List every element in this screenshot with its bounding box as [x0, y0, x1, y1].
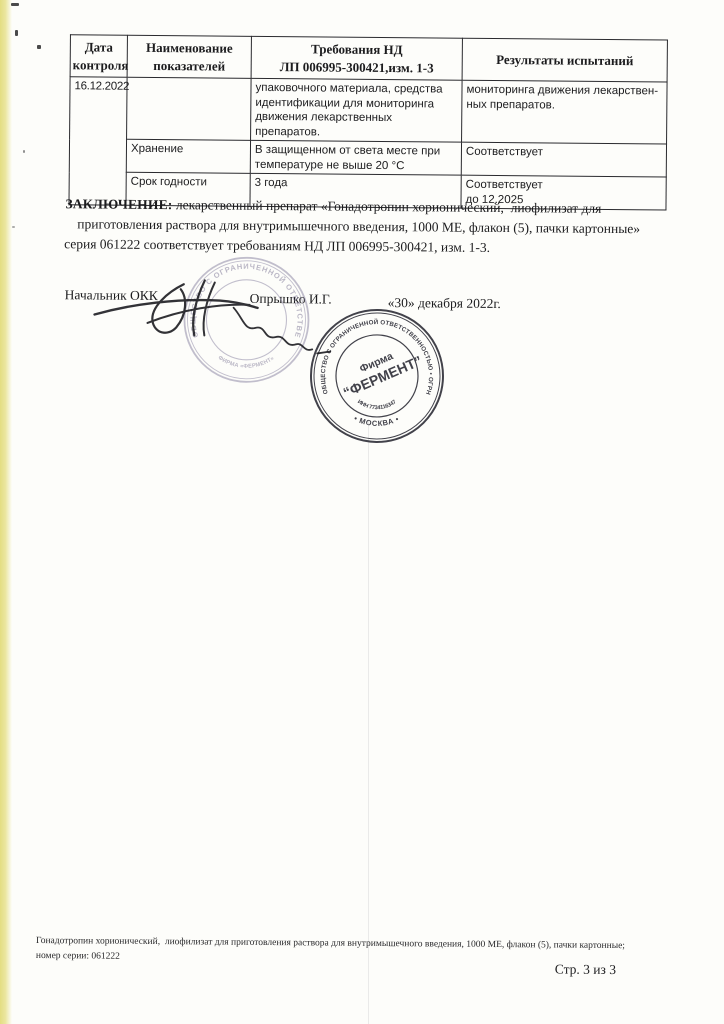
result-cell: Соответствует: [461, 142, 666, 177]
stamp-inn-text: ИНН 7734116347: [356, 399, 397, 411]
cell-line: движения лекарственных препаратов.: [255, 110, 457, 141]
cell-line: Соответствует: [466, 178, 662, 194]
result-cell: мониторинга движения лекарствен- ных пре…: [462, 80, 668, 144]
signer-name: Опрышко И.Г.: [250, 291, 332, 308]
footer-product-line: Гонадотропин хорионический, лиофилизат д…: [36, 936, 625, 951]
header-cell-control-date: Дата контроля: [70, 35, 127, 78]
cell-line: Соответствует: [466, 145, 662, 161]
header-cell-indicator-name: Наименование показателей: [127, 35, 251, 78]
cell-line: Срок годности: [131, 175, 246, 191]
table-row: 16.12.2022 упаковочного материала, средс…: [70, 77, 668, 144]
header-line: показателей: [130, 56, 249, 75]
stamp-center-line2: “ФЕРМЕНТ”: [341, 352, 425, 400]
document-content: Дата контроля Наименование показателей Т…: [0, 0, 724, 1024]
signature-date: «30» декабря 2022г.: [388, 295, 501, 312]
conclusion-line-2: приготовления раствора для внутримышечно…: [77, 217, 640, 235]
indicator-cell: Хранение: [126, 139, 250, 173]
cell-line: Хранение: [131, 142, 246, 158]
cell-line: [132, 80, 247, 81]
svg-text:ИНН 7734116347: ИНН 7734116347: [356, 399, 397, 411]
header-line: Дата: [73, 38, 125, 56]
table-header-row: Дата контроля Наименование показателей Т…: [70, 35, 667, 82]
control-date-cell: 16.12.2022: [69, 77, 127, 205]
cell-line: мониторинга движения лекарствен-: [466, 83, 662, 99]
cell-line: 3 года: [255, 176, 457, 192]
control-date-value: 16.12.2022: [74, 79, 122, 94]
page-number: Стр. 3 из 3: [555, 962, 616, 979]
svg-text:• МОСКВА •: • МОСКВА •: [352, 414, 400, 428]
signer-role: Начальник ОКК: [65, 287, 158, 304]
requirement-cell: упаковочного материала, средства идентиф…: [251, 78, 463, 142]
table-row: Хранение В защищенном от света месте при…: [69, 139, 666, 177]
qc-results-table: Дата контроля Наименование показателей Т…: [68, 34, 667, 210]
header-cell-test-results: Результаты испытаний: [462, 38, 667, 82]
stamp-city-text: • МОСКВА •: [352, 414, 400, 428]
header-cell-nd-requirements: Требования НД ЛП 006995-300421,изм. 1-3: [251, 36, 462, 80]
header-line: контроля: [73, 56, 125, 74]
conclusion-text: лекарственный препарат «Гонадотропин хор…: [172, 197, 601, 216]
indicator-cell: [127, 77, 252, 140]
cell-line: В защищенном от света месте при: [255, 143, 457, 159]
header-line: Результаты испытаний: [465, 50, 665, 69]
scanned-document-page: Дата контроля Наименование показателей Т…: [0, 0, 724, 1024]
cell-line: температуре не выше 20 °С: [255, 157, 457, 173]
stamp-center-line1: Фирма: [358, 350, 395, 375]
header-line: Требования НД: [254, 40, 460, 59]
requirement-cell: В защищенном от света месте при температ…: [250, 140, 461, 175]
conclusion-line-3: серия 061222 соответствует требованиям Н…: [64, 237, 490, 254]
conclusion-label: ЗАКЛЮЧЕНИЕ:: [65, 196, 172, 212]
cell-line: упаковочного материала, средства: [255, 81, 457, 97]
header-line: Наименование: [130, 39, 249, 58]
header-line: ЛП 006995-300421,изм. 1-3: [254, 57, 460, 76]
conclusion-line-1: ЗАКЛЮЧЕНИЕ: лекарственный препарат «Гона…: [65, 197, 601, 215]
cell-line: ных препаратов.: [466, 97, 662, 113]
footer-series-line: номер серии: 061222: [36, 951, 120, 962]
